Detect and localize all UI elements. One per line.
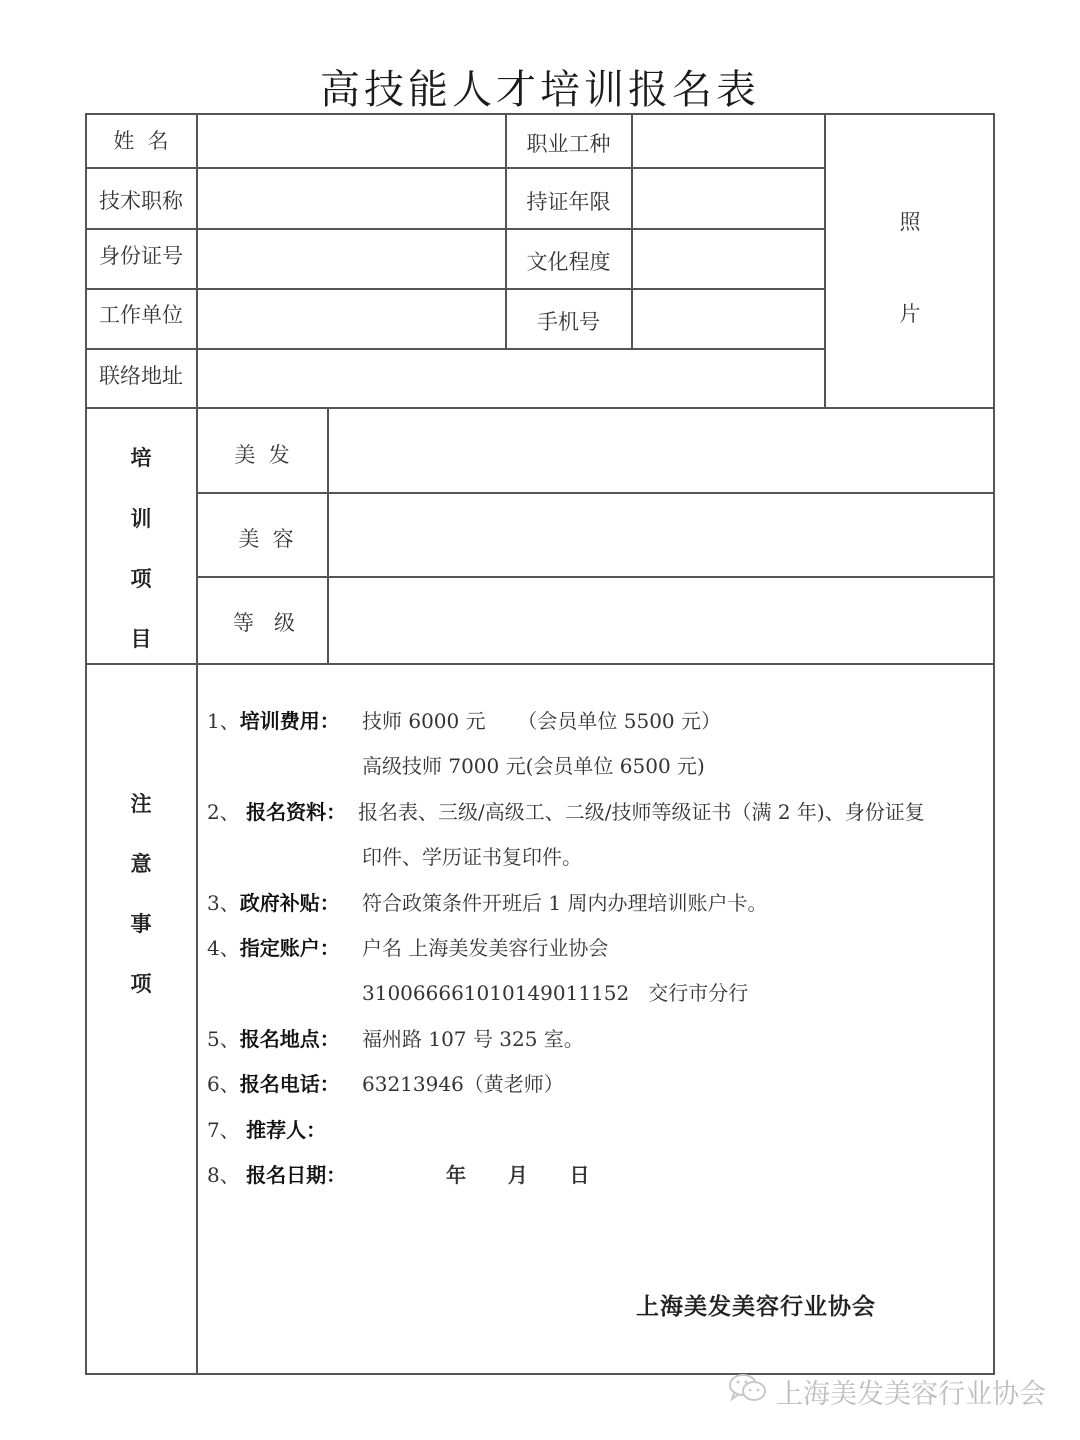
- training-section-label-2: 训: [86, 503, 196, 533]
- mobile-label: 手机号: [506, 306, 631, 336]
- hairdressing-label: 美 发: [198, 439, 326, 469]
- signature-org: 上海美发美容行业协会: [636, 1288, 876, 1321]
- training-section-label-3: 项: [86, 563, 196, 593]
- watermark-text: 上海美发美容行业协会: [776, 1372, 1046, 1411]
- note-account: 4、指定账户：: [207, 932, 340, 961]
- referrer-input[interactable]: [330, 1110, 634, 1142]
- note-subsidy: 3、政府补贴：: [207, 887, 340, 916]
- job-title-label: 技术职称: [86, 185, 196, 215]
- note-training-fee-line1: 技师 6000 元 （会员单位 5500 元）: [362, 705, 721, 734]
- note-subsidy-line1: 符合政策条件开班后 1 周内办理培训账户卡。: [362, 887, 767, 916]
- date-fields: 年 月 日: [446, 1159, 590, 1188]
- training-section-label-1: 培: [86, 442, 196, 472]
- note-training-fee: 1、培训费用：: [207, 705, 340, 734]
- notes-section-label-3: 事: [86, 908, 196, 938]
- notes-section-label-2: 意: [86, 848, 196, 878]
- cert-years-input[interactable]: [635, 171, 825, 227]
- notes-section-label-1: 注: [86, 788, 196, 818]
- note-training-fee-line2: 高级技师 7000 元(会员单位 6500 元): [362, 750, 705, 779]
- beauty-input[interactable]: [331, 496, 995, 575]
- section-divider: [85, 407, 995, 409]
- id-number-label: 身份证号: [86, 240, 196, 270]
- mobile-input[interactable]: [635, 292, 825, 347]
- col-divider: [631, 113, 633, 349]
- id-number-input[interactable]: [200, 232, 506, 287]
- occupation-label: 职业工种: [506, 128, 631, 158]
- name-label: 姓 名: [86, 125, 196, 155]
- wechat-icon: [728, 1372, 768, 1411]
- address-label: 联络地址: [86, 360, 196, 390]
- beauty-label: 美 容: [202, 523, 330, 553]
- training-section-label-4: 目: [86, 623, 196, 653]
- note-materials: 2、 报名资料：: [207, 796, 346, 825]
- note-account-name: 户名 上海美发美容行业协会: [362, 932, 608, 961]
- education-input[interactable]: [635, 232, 825, 287]
- note-location-line1: 福州路 107 号 325 室。: [362, 1023, 584, 1052]
- note-materials-line2: 印件、学历证书复印件。: [362, 841, 582, 870]
- row-divider: [196, 492, 995, 494]
- cert-years-label: 持证年限: [506, 186, 631, 216]
- form-title: 高技能人才培训报名表: [0, 58, 1080, 115]
- occupation-input[interactable]: [635, 117, 825, 167]
- note-referrer: 7、 推荐人：: [207, 1114, 326, 1143]
- note-materials-line1: 报名表、三级/高级工、二级/技师等级证书（满 2 年)、身份证复: [358, 796, 925, 825]
- col-divider: [196, 113, 198, 1375]
- job-title-input[interactable]: [200, 171, 506, 227]
- grade-input[interactable]: [331, 580, 995, 662]
- education-label: 文化程度: [506, 246, 631, 276]
- hairdressing-input[interactable]: [331, 411, 995, 491]
- watermark: 上海美发美容行业协会: [728, 1372, 1046, 1411]
- note-phone: 6、报名电话：: [207, 1068, 340, 1097]
- grade-label: 等 级: [200, 607, 328, 637]
- note-account-number: 310066661010149011152 交行市分行: [362, 977, 748, 1006]
- note-date: 8、 报名日期：: [207, 1159, 346, 1188]
- employer-input[interactable]: [200, 292, 506, 347]
- employer-label: 工作单位: [86, 299, 196, 329]
- note-location: 5、报名地点：: [207, 1023, 340, 1052]
- name-input[interactable]: [200, 117, 506, 167]
- photo-area[interactable]: [828, 117, 992, 405]
- section-divider: [85, 663, 995, 665]
- note-phone-line1: 63213946（黄老师）: [362, 1068, 564, 1097]
- row-divider: [196, 576, 995, 578]
- notes-section-label-4: 项: [86, 968, 196, 998]
- address-input[interactable]: [200, 352, 824, 406]
